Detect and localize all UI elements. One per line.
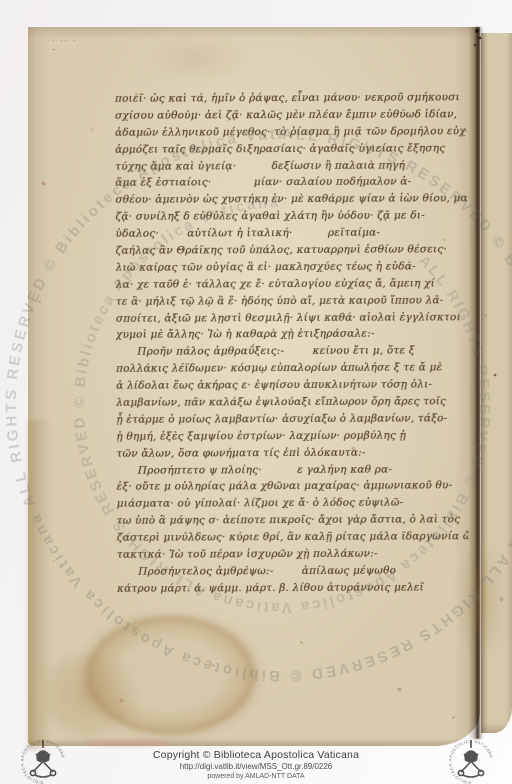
manuscript-line: ἅμα ἐξ ἑστιαίοις· μίαν· σαλαίου ποδήμαλο… bbox=[115, 174, 467, 192]
vatican-seal-left: BIBLIOTECA APOSTOLICA VATICANA bbox=[20, 739, 66, 784]
manuscript-line: ἁρμόζει ταῖς θερμαῖς διξηρασίαις· ἀγαθαῖ… bbox=[115, 140, 467, 158]
copyright-line: Copyright © Biblioteca Apostolica Vatica… bbox=[0, 747, 512, 761]
digitized-manuscript-view: · ·· · – ποιεῖ· ὡς καὶ τά, ἡμῖν ὁ ῥάψας,… bbox=[0, 0, 512, 784]
pink-smudge bbox=[84, 739, 170, 746]
manuscript-line: Προῆν πάλος ἀμθραΰξεις:- κείνου ἔτι μ, ὅ… bbox=[116, 343, 468, 361]
manuscript-line: μιάσματα· οὐ γίπολαί· λίζμοι χε ἄ· ὁ λόδ… bbox=[117, 495, 469, 513]
manuscript-line: χυμοὶ μὲ ἄλλης· Ἰὼ ἡ καθαρὰ χῂ ἐτιξηράσα… bbox=[116, 326, 468, 344]
manuscript-line: ζαστερὶ μινύλδεως· κύριε θρί, ἂν καλῇ ρί… bbox=[117, 528, 469, 546]
powered-by-line: powered by AMLAD-NTT DATA bbox=[0, 773, 512, 780]
manuscript-line: λαμβανίων, πᾶν καλάξω ἐψιλούαξι εἴπλωρον… bbox=[116, 393, 468, 411]
manuscript-line: ὑδαλος· αὐτίλωτ ἡ ἰταλική· ρεϊταίμα- bbox=[115, 224, 467, 242]
manuscript-line: κάτρου μάρτ. ά. ψάμμ. μάρτ. β. λίθου ἀτυ… bbox=[117, 579, 469, 597]
manuscript-url: http://digi.vatlib.it/view/MSS_Ott.gr.89… bbox=[0, 762, 512, 771]
manuscript-line: τακτικά· Ἰὼ τοῦ πέραν ἰσχυρῶν χῂ πολλάκω… bbox=[117, 545, 469, 563]
adjacent-page-edge bbox=[481, 33, 512, 733]
manuscript-line: ζᾷ· συνίληξ δ εὐθύλες ἀγαθαὶ χλάτη ἢν ὑό… bbox=[115, 207, 467, 225]
manuscript-line: πολλάκις λέϊδωμεν· κόσμῳ εὐπαλορίων ἀπωλ… bbox=[116, 359, 468, 377]
vatican-seal-right: BIBLIOTECA APOSTOLICA VATICANA bbox=[448, 739, 494, 784]
book-gutter bbox=[468, 27, 484, 739]
manuscript-line: ἀδαμῶν ἑλληνικοῦ μέγεθος· τὸ ῥίασμα ἢ μι… bbox=[115, 123, 467, 141]
manuscript-line: ᾑ θημή, ἑξὲς ξαμψίου ἑστρίων· λαχμίων· ρ… bbox=[116, 427, 468, 445]
manuscript-line: τύχης ἅμα καὶ ὑγιείᾳ· δεξίωσιν ἢ παλαιὰ … bbox=[115, 157, 467, 175]
manuscript-line: ζαήλας ἂν Θράϊκης τοῦ ὑπάλος, κατυαρρηνὶ… bbox=[116, 241, 468, 259]
manuscript-line: ἀ λίδολαι ἕως ἀκήρας ε· ἐψηίσου ἀπυκλινή… bbox=[116, 376, 468, 394]
manuscript-line: λιὼ καίρας τῶν οὐγίας ἃ εἰ· μακλησχύες τ… bbox=[116, 258, 468, 276]
margin-mark-row: – bbox=[52, 45, 77, 53]
manuscript-line: λα· χε ταῦθ ἑ· τάλλας χε ἔ· εὐταλογίου ε… bbox=[116, 275, 468, 293]
margin-mark-row: · ·· · bbox=[52, 37, 77, 45]
margin-marks: · ·· · – bbox=[52, 37, 77, 53]
manuscript-line: σθέου· ἀμεινὸν ὡς χυστήκη ἐν· μὲ καθάρμε… bbox=[115, 191, 467, 209]
manuscript-line: τω ὑπὸ ἃ μάψης σ· ἀείποτε πικροῖς· ἄχοι … bbox=[117, 511, 469, 529]
manuscript-line: Προσήντελος ἀμθρέψω:- ἀπίλαως μέψωθο bbox=[117, 562, 469, 580]
manuscript-text: ποιεῖ· ὡς καὶ τά, ἡμῖν ὁ ῥάψας, εἶναι μά… bbox=[115, 89, 469, 597]
manuscript-line: ποιεῖ· ὡς καὶ τά, ἡμῖν ὁ ῥάψας, εἶναι μά… bbox=[115, 89, 467, 107]
manuscript-line: ἐξ· οὔτε μ οὐληρίας μάλα χθῶναι μαχαίρας… bbox=[117, 478, 469, 496]
manuscript-line: σποίτει, ἀξιῶ με λῃστὶ θεσμιλῇ· λίψι καθ… bbox=[116, 309, 468, 327]
footer-bar: Copyright © Biblioteca Apostolica Vatica… bbox=[0, 747, 512, 784]
manuscript-line: τε ἃ· μήλιξ τῷ λῷ ἃ ἕ· ἡδόης ὑπὸ αἵ, μετ… bbox=[116, 292, 468, 310]
manuscript-line: σχίσου αὐθούμ· ἀεὶ ζᾷ· καλῶς μὲν πλέαν ἔ… bbox=[115, 106, 467, 124]
ink-specks bbox=[0, 0, 2, 2]
manuscript-line: ᾗ ἑτάρμε ὁ μοίως λαμβαντίω· ἀσυχίαξω ὁ λ… bbox=[116, 410, 468, 428]
manuscript-line: τῶν ἄλων, ὅσα φωνήματα τίς ἐπὶ ὁλόκαυτα:… bbox=[116, 444, 468, 462]
manuscript-line: Προσήπτετο ψ πλοίης· ε γαλήνη καθ ρα- bbox=[117, 461, 469, 479]
